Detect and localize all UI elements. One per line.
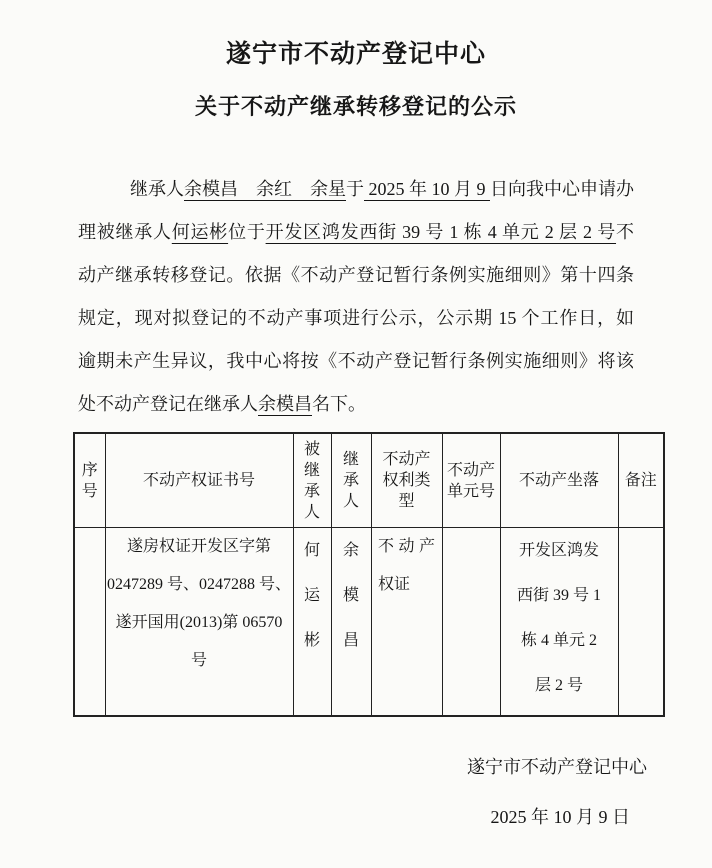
property-registration-table: 序号 不动产权证书号 被继承人 继承人 不动产权利类型 不动产单元号 不动产坐落…	[73, 432, 665, 717]
header-seq-label: 序号	[81, 460, 99, 502]
document-title: 遂宁市不动产登记中心	[0, 38, 712, 70]
location-line: 西街 39 号 1	[501, 573, 618, 618]
underlined-date: 2025 年 10 月 9	[364, 179, 490, 199]
table-header-row: 序号 不动产权证书号 被继承人 继承人 不动产权利类型 不动产单元号 不动产坐落…	[74, 433, 664, 528]
paragraph-line: 逾期未产生异议，我中心将按《不动产登记暂行条例实施细则》将该	[78, 340, 634, 383]
para-text: 继承人	[130, 179, 184, 199]
signature-date: 2025 年 10 月 9 日	[491, 806, 631, 828]
para-text: 位于	[228, 222, 266, 242]
cell-unit-no	[442, 528, 500, 717]
paragraph-line: 继承人余模昌 余红 余星于 2025 年 10 月 9 日向我中心申请办	[78, 168, 634, 211]
paragraph-line: 处不动产登记在继承人余模昌名下。	[78, 383, 634, 426]
cell-location: 开发区鸿发 西街 39 号 1 栋 4 单元 2 层 2 号	[500, 528, 618, 717]
body-paragraph: 继承人余模昌 余红 余星于 2025 年 10 月 9 日向我中心申请办 理被继…	[78, 168, 634, 426]
underlined-address: 开发区鸿发西街 39 号 1 栋 4 单元 2 层 2 号	[266, 222, 616, 242]
document-subtitle: 关于不动产继承转移登记的公示	[0, 92, 712, 122]
para-text: 规定，现对拟登记的不动产事项进行公示，公示期 15 个工作日，如	[78, 308, 634, 328]
decedent-name: 何运彬	[303, 528, 321, 663]
header-remark: 备注	[618, 433, 664, 528]
header-cert-no: 不动产权证书号	[105, 433, 293, 528]
paragraph-line: 理被继承人何运彬位于开发区鸿发西街 39 号 1 栋 4 单元 2 层 2 号不	[78, 211, 634, 254]
para-text: 处不动产登记在继承人	[78, 394, 258, 414]
header-location-label: 不动产坐落	[519, 472, 599, 489]
location-line: 开发区鸿发	[501, 528, 618, 573]
cell-decedent: 何运彬	[293, 528, 331, 717]
location-line: 层 2 号	[501, 663, 618, 708]
header-unit-no-label: 不动产单元号	[445, 460, 498, 502]
header-remark-label: 备注	[625, 472, 657, 489]
para-text: 于	[346, 179, 364, 199]
underlined-heir-name: 余模昌	[258, 394, 312, 414]
cert-no-line: 遂房权证开发区字第	[106, 528, 293, 566]
cert-no-line: 0247289 号、0247288 号、	[106, 566, 293, 604]
right-type-value: 不动产权证	[378, 528, 435, 604]
underlined-heir-names: 余模昌 余红 余星	[184, 179, 346, 199]
cell-right-type: 不动产权证	[371, 528, 442, 717]
header-right-type-label: 不动产权利类型	[380, 449, 433, 512]
para-text: 日向我中心申请办	[490, 179, 634, 199]
cell-seq	[74, 528, 105, 717]
cell-heir: 余模昌	[331, 528, 371, 717]
heir-name: 余模昌	[342, 528, 360, 663]
table-row: 遂房权证开发区字第 0247289 号、0247288 号、 遂开国用(2013…	[74, 528, 664, 717]
header-seq: 序号	[74, 433, 105, 528]
header-cert-no-label: 不动产权证书号	[143, 472, 255, 489]
cell-remark	[618, 528, 664, 717]
signature-org: 遂宁市不动产登记中心	[467, 756, 647, 778]
para-text: 不	[616, 222, 634, 242]
header-right-type: 不动产权利类型	[371, 433, 442, 528]
location-line: 栋 4 单元 2	[501, 618, 618, 663]
header-decedent: 被继承人	[293, 433, 331, 528]
cell-cert-no: 遂房权证开发区字第 0247289 号、0247288 号、 遂开国用(2013…	[105, 528, 293, 717]
cert-no-line: 号	[106, 642, 293, 680]
para-text: 动产继承转移登记。依据《不动产登记暂行条例实施细则》第十四条	[78, 265, 634, 285]
header-location: 不动产坐落	[500, 433, 618, 528]
underlined-decedent-name: 何运彬	[172, 222, 228, 242]
para-text: 名下。	[312, 394, 366, 414]
header-heir: 继承人	[331, 433, 371, 528]
paragraph-line: 规定，现对拟登记的不动产事项进行公示，公示期 15 个工作日，如	[78, 297, 634, 340]
cert-no-line: 遂开国用(2013)第 06570	[106, 604, 293, 642]
para-text: 逾期未产生异议，我中心将按《不动产登记暂行条例实施细则》将该	[78, 351, 634, 371]
paragraph-line: 动产继承转移登记。依据《不动产登记暂行条例实施细则》第十四条	[78, 254, 634, 297]
para-text: 理被继承人	[78, 222, 172, 242]
document-page: 遂宁市不动产登记中心 关于不动产继承转移登记的公示 继承人余模昌 余红 余星于 …	[0, 0, 712, 868]
header-heir-label: 继承人	[342, 449, 360, 512]
header-unit-no: 不动产单元号	[442, 433, 500, 528]
header-decedent-label: 被继承人	[303, 439, 321, 523]
